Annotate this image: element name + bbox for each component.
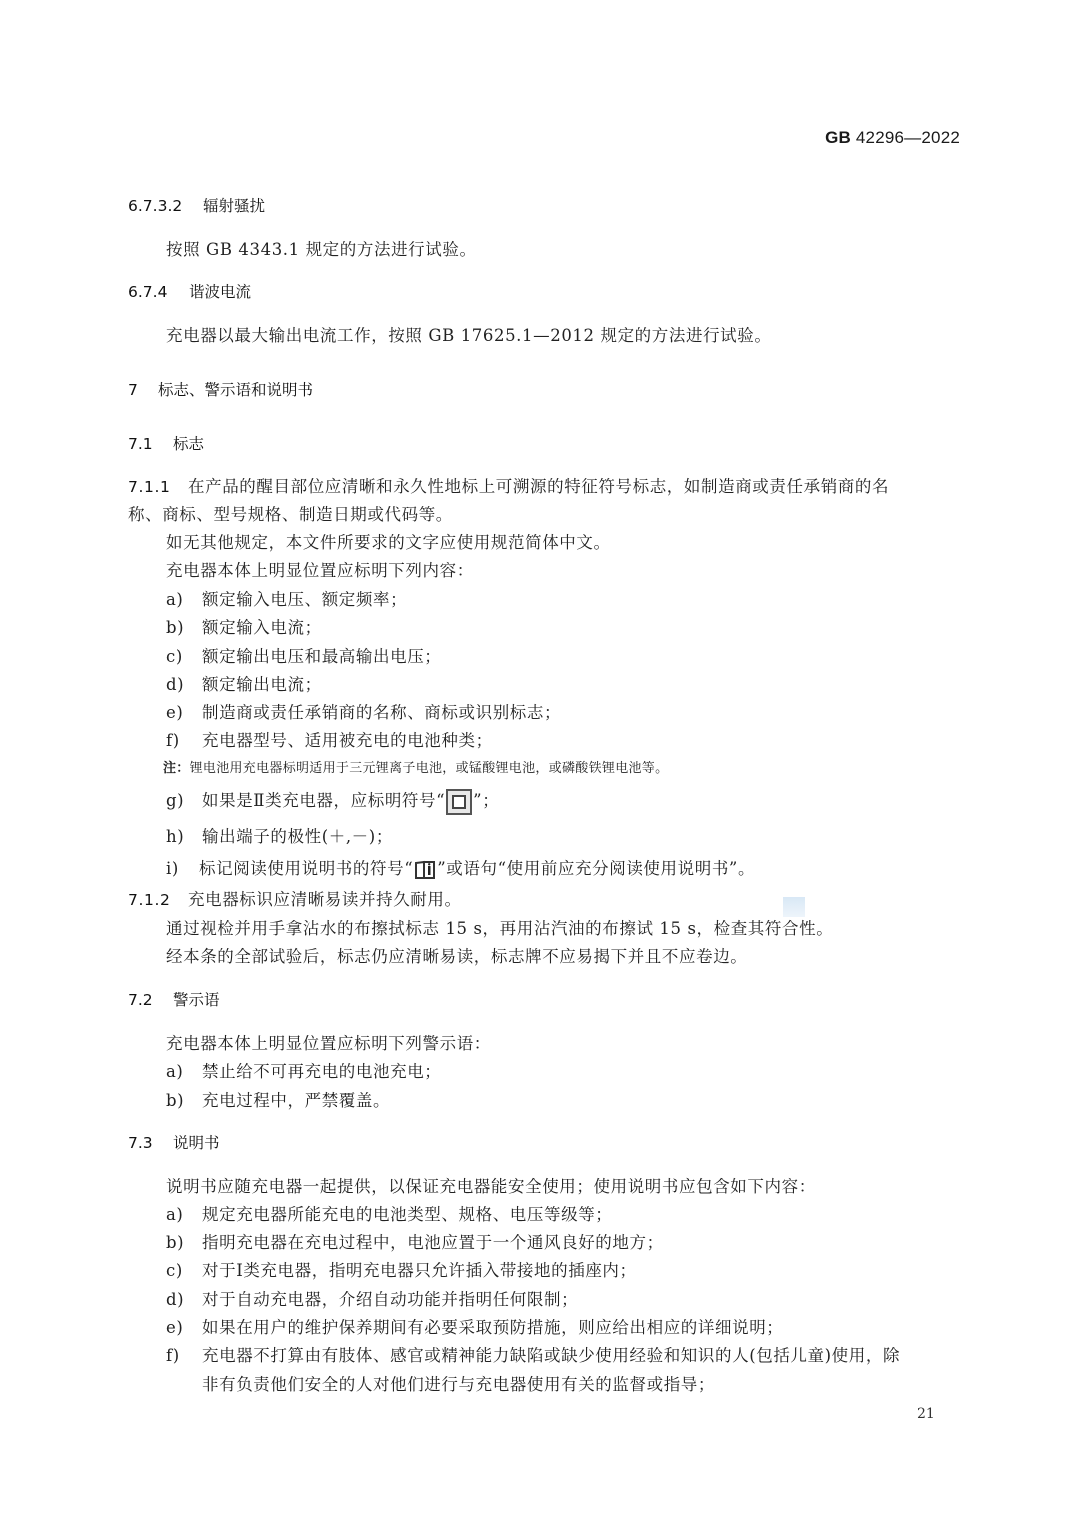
section-number: 6.7.3.2 [128, 197, 203, 215]
paragraph: 充电器本体上明显位置应标明下列警示语： [166, 1030, 491, 1054]
list-item-f: f)充电器不打算由有肢体、感官或精神能力缺陷或缺少使用经验和知识的人(包括儿童)… [166, 1342, 900, 1366]
class-ii-double-square-icon [446, 789, 472, 815]
list-item-f-continuation: 非有负责他们安全的人对他们进行与充电器使用有关的监督或指导； [202, 1371, 715, 1395]
paragraph: 通过视检并用手拿沾水的布擦拭标志 15 s，再用沾汽油的布擦试 15 s，检查其… [166, 915, 833, 939]
standard-code-number: 42296—2022 [856, 128, 960, 147]
scan-artifact [783, 897, 805, 917]
clause-text: 充电器标识应清晰易读并持久耐用。 [188, 890, 462, 909]
document-page: GB 42296—2022 6.7.3.2辐射骚扰 按照 GB 4343.1 规… [0, 0, 1074, 1520]
list-label: e) [166, 1318, 202, 1337]
list-item: a)规定充电器所能充电的电池类型、规格、电压等级等； [166, 1201, 612, 1225]
list-label: a) [166, 1205, 202, 1224]
list-item-g: g)如果是Ⅱ类充电器，应标明符号“”； [166, 787, 499, 815]
list-text: 规定充电器所能充电的电池类型、规格、电压等级等； [202, 1205, 612, 1224]
heading-6-7-4: 6.7.4谐波电流 [128, 280, 251, 302]
section-title: 警示语 [173, 991, 220, 1009]
section-number: 7.1 [128, 435, 173, 453]
section-number: 7.2 [128, 991, 173, 1009]
standard-code-prefix: GB [825, 128, 851, 147]
list-text: 充电器不打算由有肢体、感官或精神能力缺陷或缺少使用经验和知识的人(包括儿童)使用… [202, 1346, 900, 1365]
section-number: 7 [128, 381, 158, 399]
list-item: e)如果在用户的维护保养期间有必要采取预防措施，则应给出相应的详细说明； [166, 1314, 783, 1338]
page-number: 21 [917, 1406, 935, 1422]
list-text: 充电器型号、适用被充电的电池种类； [202, 731, 493, 750]
section-title: 辐射骚扰 [203, 197, 265, 215]
heading-7-3: 7.3说明书 [128, 1131, 220, 1153]
list-text: 充电过程中，严禁覆盖。 [202, 1091, 390, 1110]
standard-code: GB 42296—2022 [825, 128, 960, 148]
heading-7: 7标志、警示语和说明书 [128, 378, 313, 400]
list-item: a)禁止给不可再充电的电池充电； [166, 1058, 441, 1082]
list-item: b)额定输入电流； [166, 614, 322, 638]
paragraph: 充电器本体上明显位置应标明下列内容： [166, 557, 474, 581]
section-number: 6.7.4 [128, 283, 189, 301]
heading-6-7-3-2: 6.7.3.2辐射骚扰 [128, 194, 265, 216]
list-text-after: ”； [473, 791, 499, 810]
list-label: b) [166, 1091, 202, 1110]
clause-7-1-2: 7.1.2充电器标识应清晰易读并持久耐用。 [128, 886, 462, 910]
note-label: 注： [163, 761, 190, 776]
list-item: d)对于自动充电器，介绍自动功能并指明任何限制； [166, 1286, 578, 1310]
list-item: c)额定输出电压和最高输出电压； [166, 643, 441, 667]
list-item-h: h)输出端子的极性(＋,－)； [166, 823, 393, 847]
list-label: b) [166, 1233, 202, 1252]
list-text: 对于自动充电器，介绍自动功能并指明任何限制； [202, 1290, 578, 1309]
list-text: 额定输出电压和最高输出电压； [202, 647, 441, 666]
list-text-before: 如果是Ⅱ类充电器，应标明符号“ [202, 791, 445, 810]
list-label: a) [166, 1062, 202, 1081]
paragraph: 按照 GB 4343.1 规定的方法进行试验。 [166, 236, 477, 260]
paragraph: 充电器以最大输出电流工作，按照 GB 17625.1—2012 规定的方法进行试… [166, 322, 771, 346]
section-title: 说明书 [173, 1134, 220, 1152]
list-text-before: 标记阅读使用说明书的符号“ [199, 859, 413, 878]
list-label: c) [166, 647, 202, 666]
list-label: a) [166, 590, 202, 609]
clause-7-1-1-line1: 7.1.1在产品的醒目部位应清晰和永久性地标上可溯源的特征符号标志，如制造商或责… [128, 473, 889, 497]
list-label: c) [166, 1261, 202, 1280]
heading-7-1: 7.1标志 [128, 432, 204, 454]
list-item: d)额定输出电流； [166, 671, 322, 695]
list-text: 对于Ⅰ类充电器，指明充电器只允许插入带接地的插座内； [202, 1261, 637, 1280]
paragraph: 说明书应随充电器一起提供，以保证充电器能安全使用；使用说明书应包含如下内容： [166, 1173, 816, 1197]
list-label: h) [166, 827, 202, 846]
list-item: b)指明充电器在充电过程中，电池应置于一个通风良好的地方； [166, 1229, 664, 1253]
list-text: 如果在用户的维护保养期间有必要采取预防措施，则应给出相应的详细说明； [202, 1318, 783, 1337]
list-text: 输出端子的极性(＋,－)； [202, 827, 393, 846]
list-label: d) [166, 1290, 202, 1309]
list-text-after: ”或语句“使用前应充分阅读使用说明书”。 [437, 859, 755, 878]
list-label: g) [166, 791, 202, 810]
list-label: b) [166, 618, 202, 637]
list-item: b)充电过程中，严禁覆盖。 [166, 1087, 390, 1111]
note: 注：锂电池用充电器标明适用于三元锂离子电池，或锰酸锂电池，或磷酸铁锂电池等。 [163, 757, 668, 776]
list-item: e)制造商或责任承销商的名称、商标或识别标志； [166, 699, 561, 723]
paragraph: 经本条的全部试验后，标志仍应清晰易读，标志牌不应易揭下并且不应卷边。 [166, 943, 747, 967]
list-text: 额定输出电流； [202, 675, 322, 694]
list-text: 禁止给不可再充电的电池充电； [202, 1062, 441, 1081]
paragraph: 如无其他规定，本文件所要求的文字应使用规范简体中文。 [166, 529, 611, 553]
list-label: f) [166, 731, 202, 750]
list-item: a)额定输入电压、额定频率； [166, 586, 407, 610]
section-number: 7.3 [128, 1134, 173, 1152]
list-label: d) [166, 675, 202, 694]
list-item: c)对于Ⅰ类充电器，指明充电器只允许插入带接地的插座内； [166, 1257, 637, 1281]
list-text: 额定输入电流； [202, 618, 322, 637]
section-number: 7.1.2 [128, 891, 188, 909]
clause-7-1-1-line2: 称、商标、型号规格、制造日期或代码等。 [128, 501, 453, 525]
clause-text: 在产品的醒目部位应清晰和永久性地标上可溯源的特征符号标志，如制造商或责任承销商的… [188, 477, 889, 496]
read-manual-book-icon [414, 860, 436, 880]
section-title: 谐波电流 [189, 283, 251, 301]
list-text: 制造商或责任承销商的名称、商标或识别标志； [202, 703, 561, 722]
list-item-i: i)标记阅读使用说明书的符号“”或语句“使用前应充分阅读使用说明书”。 [166, 855, 755, 880]
list-label: e) [166, 703, 202, 722]
section-title: 标志 [173, 435, 204, 453]
section-number: 7.1.1 [128, 478, 188, 496]
list-label: f) [166, 1346, 202, 1365]
heading-7-2: 7.2警示语 [128, 988, 220, 1010]
list-text: 指明充电器在充电过程中，电池应置于一个通风良好的地方； [202, 1233, 664, 1252]
note-text: 锂电池用充电器标明适用于三元锂离子电池，或锰酸锂电池，或磷酸铁锂电池等。 [190, 761, 669, 776]
list-item: f)充电器型号、适用被充电的电池种类； [166, 727, 493, 751]
section-title: 标志、警示语和说明书 [158, 381, 313, 399]
list-label: i) [166, 859, 199, 878]
list-text: 额定输入电压、额定频率； [202, 590, 407, 609]
